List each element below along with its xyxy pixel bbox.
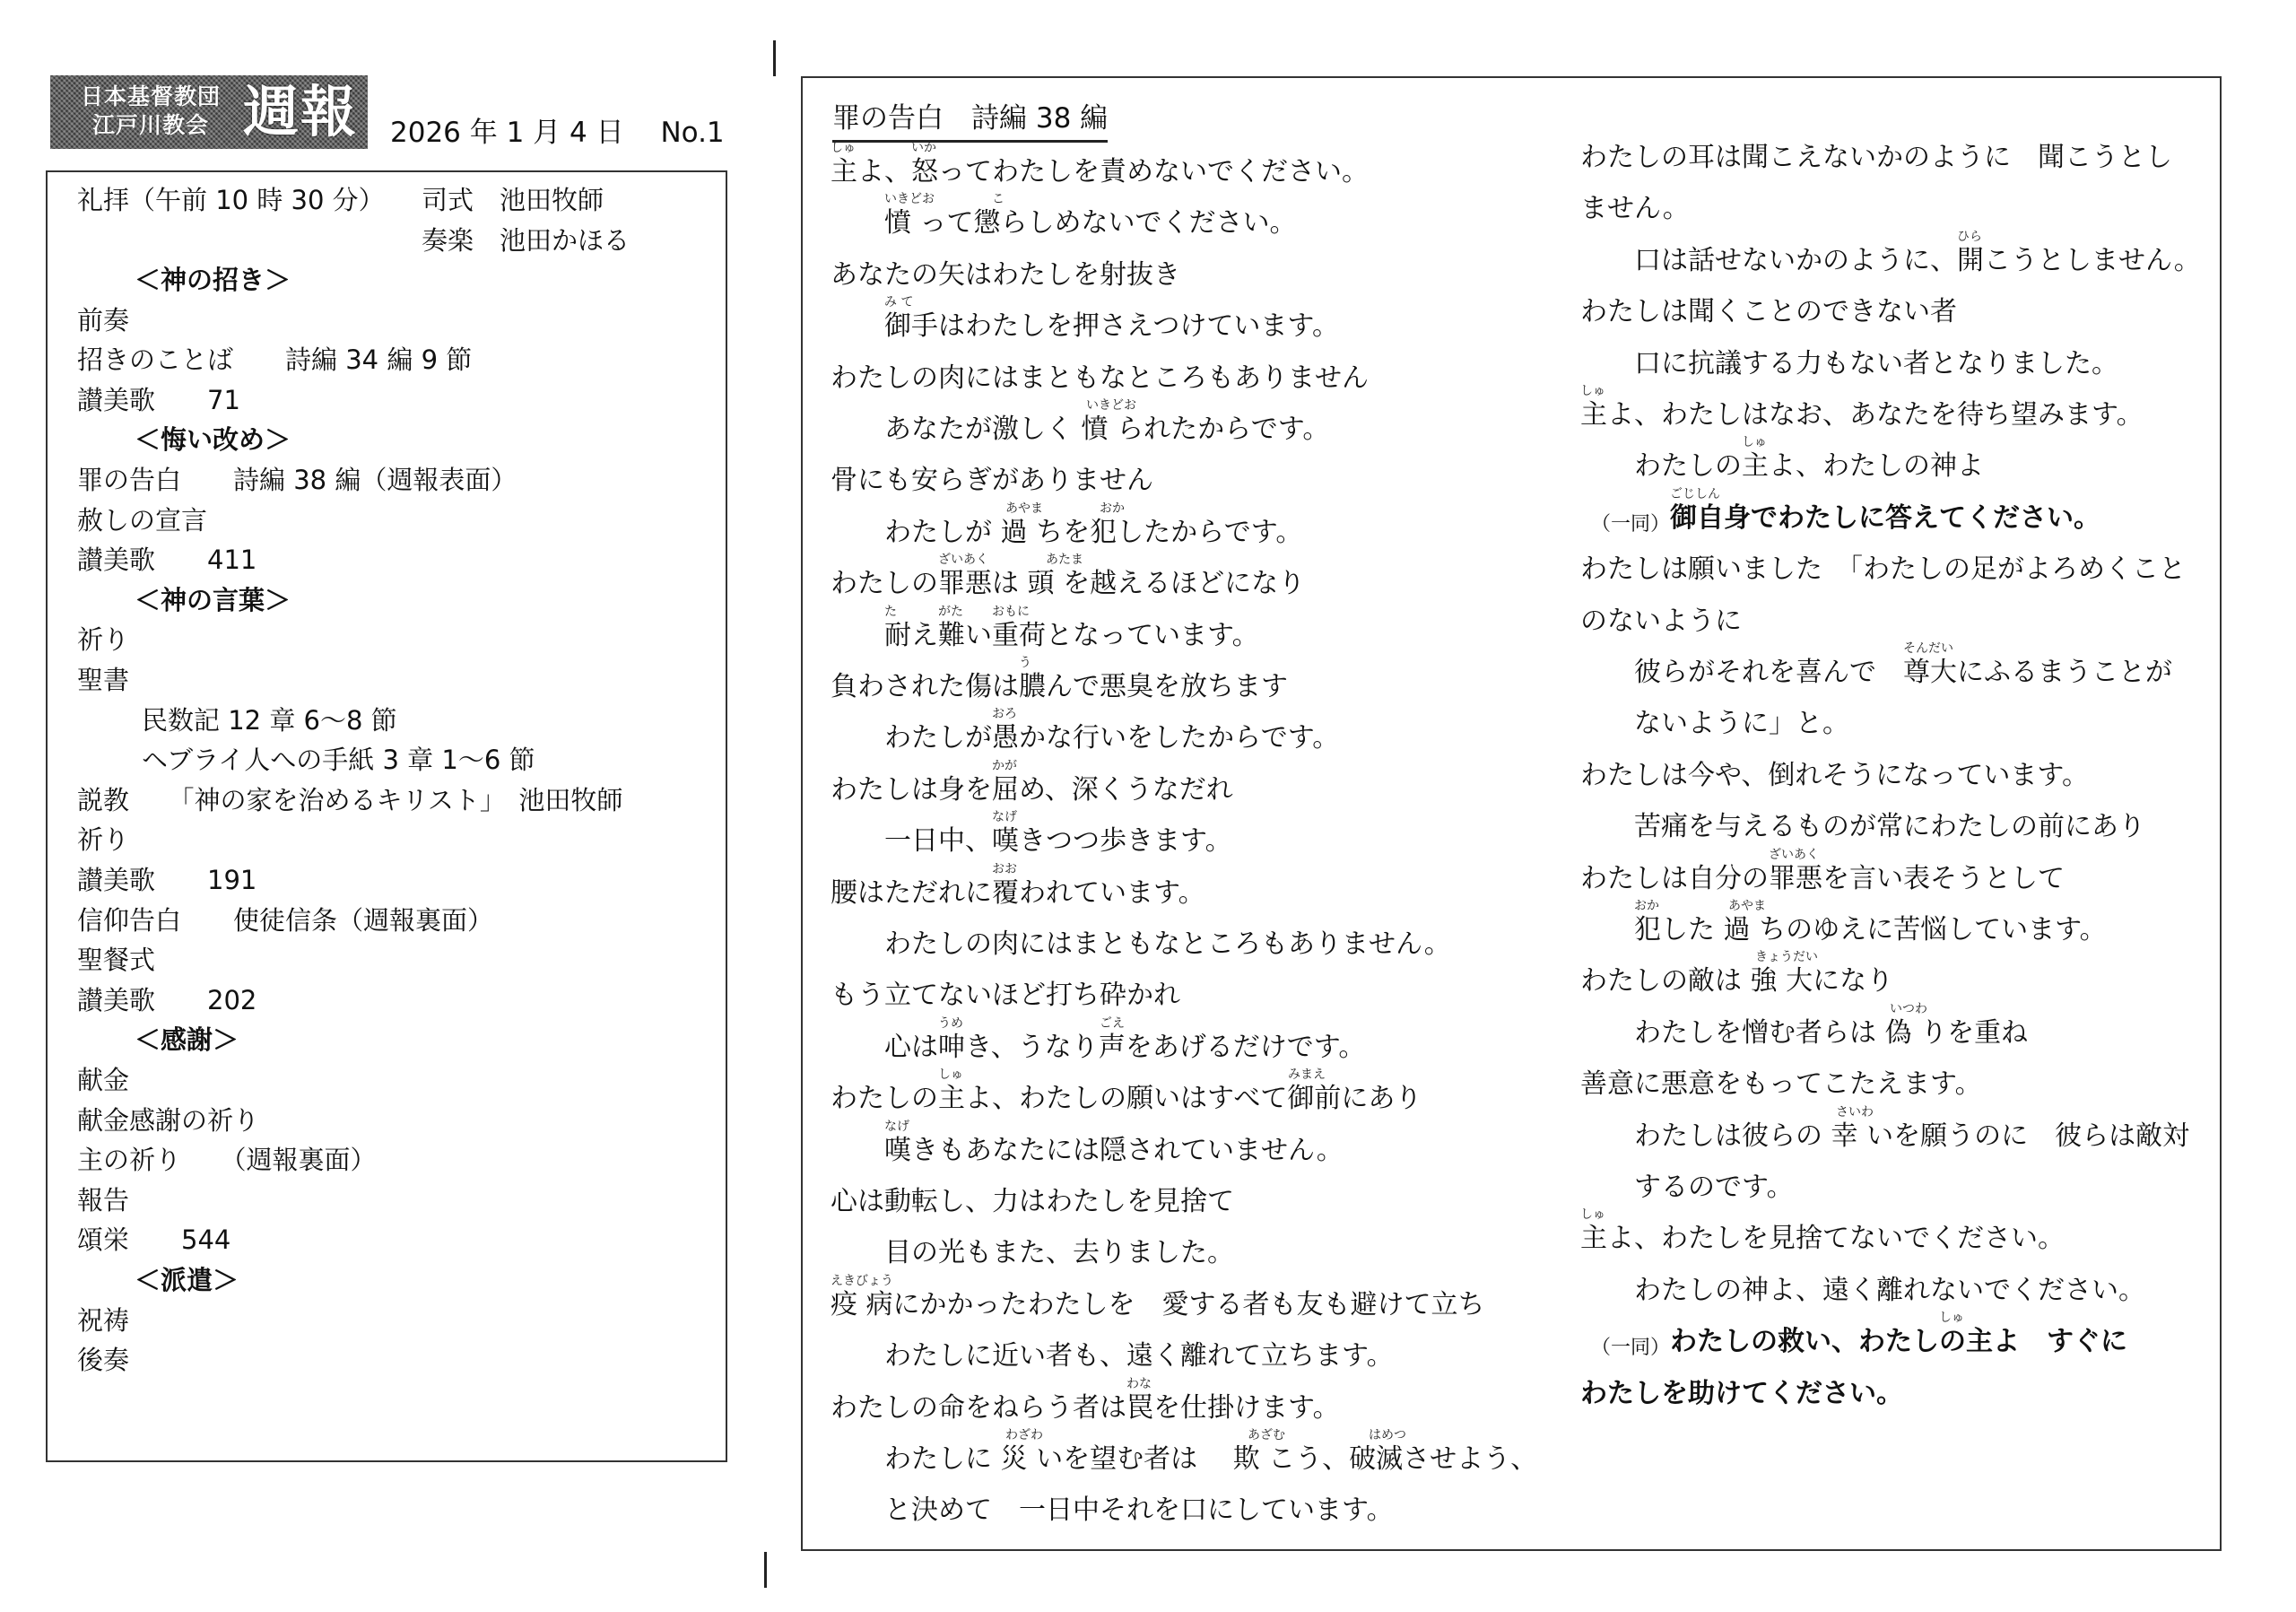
section-heading: ＜神の言葉＞ [135,582,291,618]
order-item-value: 使徒信条（週報裏面） [181,905,493,936]
furigana: み て [884,296,913,309]
congregation-prefix: （一同） [1591,1337,1670,1359]
psalm-verse-line: 犯した 過 ちのゆえに苦悩しています。 [1634,912,2107,948]
psalm-verse-line: わたしを憎む者らは 偽 りを重ね [1634,1015,2028,1051]
psalm-verse-line: 彼らがそれを喜んで 尊大にふるまうことが [1634,655,2172,691]
psalm-verse-line: のないように [1580,604,1742,640]
order-item-label: ＜神の招き＞ [135,265,291,295]
furigana: しゅ [831,142,856,154]
order-item: 民数記 12 章 6～8 節 [142,702,397,738]
psalm-verse-line: 憤 って懲らしめないでください。 [884,205,1297,241]
furigana: ごじしん [1670,488,1720,501]
worship-label: 礼拝（午前 10 時 30 分） [77,185,385,215]
furigana: おもに [992,606,1030,618]
psalm-verse-line: 嘆きもあなたには隠されていません。 [884,1133,1344,1169]
order-item: 讃美歌 411 [77,542,257,578]
furigana: さいわ [1836,1106,1874,1119]
psalm-verse-line: 疫 病にかかったわたしを 愛する者も友も避けて立ち [831,1287,1485,1323]
order-item-value: 「神の家を治めるキリスト」 池田牧師 [129,785,622,815]
furigana: ざいあく [938,553,988,566]
psalm-verse-line: 耐え難い重荷となっています。 [884,618,1259,654]
furigana: いきどお [884,193,935,205]
psalm-verse-line: ないように」と。 [1634,706,1849,742]
logo-title: 週報 [243,77,358,147]
psalm-verse-line: わたしに近い者も、遠く離れて立ちます。 [884,1338,1394,1374]
psalm-verse-line: わたしの敵は 強 大になり [1580,963,1893,999]
order-item-value: 202 [155,985,257,1015]
issue-date-line: 2026 年 1 月 4 日 No.1 [390,115,725,151]
furigana: いつわ [1890,1003,1927,1015]
issue-number: No.1 [660,117,724,149]
furigana: わな [1126,1378,1152,1390]
section-heading: ＜悔い改め＞ [135,422,291,457]
order-item-label: 民数記 12 章 6～8 節 [142,705,397,736]
order-item-label: 後奏 [77,1345,129,1375]
psalm-verse-line: 主よ、わたしはなお、あなたを待ち望みます。 [1580,397,2144,433]
furigana: おろ [992,708,1017,720]
order-item-value: 詩編 34 編 9 節 [233,344,472,375]
psalm-verse-line: もう立てないほど打ち砕かれ [831,978,1180,1014]
order-item: ヘブライ人への手紙 3 章 1～6 節 [142,742,535,778]
furigana: がた [938,606,963,618]
order-item: 赦しの宣言 [77,502,207,538]
psalm-verse-line: するのです。 [1634,1170,1794,1206]
order-item-label: 献金 [77,1065,129,1095]
musician-label: 奏楽 [422,225,474,256]
order-item: 讃美歌 71 [77,382,240,418]
order-item-value: 191 [155,865,257,895]
order-item-label: 讃美歌 [77,385,155,415]
psalm-verse-line: 口に抗議する力もない者となりました。 [1634,346,2118,382]
order-item-value: 詩編 38 編（週報表面） [181,465,517,495]
psalm-verse-line: わたしの命をねらう者は罠を仕掛けます。 [831,1390,1340,1426]
psalm-verse-line: 御手はわたしを押さえつけています。 [884,309,1339,344]
fold-mark-bottom [764,1552,767,1588]
psalm-verse-line: 善意に悪意をもってこたえます。 [1580,1067,1982,1102]
furigana: みまえ [1288,1068,1326,1081]
furigana: ごえ [1100,1017,1125,1030]
order-item: 讃美歌 191 [77,862,257,898]
furigana: しゅ [1580,385,1605,397]
furigana: しゅ [1742,436,1767,449]
furigana: うめ [938,1017,963,1030]
musician-row: 奏楽 池田かほる [422,222,630,258]
logo-org-line2: 江戸川教会 [61,111,240,140]
order-item: 献金感謝の祈り [77,1102,259,1138]
psalm-verse-line: わたしは彼らの 幸 いを願うのに 彼らは敵対 [1634,1119,2189,1155]
furigana: はめつ [1369,1429,1406,1442]
psalm-verse-line: 主よ、わたしを見捨てないでください。 [1580,1221,2065,1257]
order-item-label: 聖書 [77,665,129,695]
furigana: おか [1100,502,1125,515]
psalm-verse-line: わたしが愚かな行いをしたからです。 [884,720,1339,756]
order-item: 説教 「神の家を治めるキリスト」 池田牧師 [77,782,622,818]
order-item: 讃美歌 202 [77,982,257,1018]
order-item: 祈り [77,622,129,658]
responsive-marker: （一同） [1591,504,1670,543]
order-item: 聖書 [77,662,129,698]
psalm-verse-line: わたしは聞くことのできない者 [1580,294,1957,330]
psalm-verse-line: と決めて 一日中それを口にしています。 [884,1493,1394,1529]
psalm-verse-line: 主よ、怒ってわたしを責めないでください。 [831,154,1369,190]
psalm-verse-line: わたしの肉にはまともなところもありません。 [884,927,1451,963]
furigana: いきどお [1086,399,1136,412]
order-item-label: 前奏 [77,305,129,335]
furigana: しゅ [938,1068,963,1081]
congregation-prefix: （一同） [1591,513,1670,536]
furigana: ざいあく [1769,849,1819,861]
furigana: あざむ [1248,1429,1285,1442]
furigana: わざわ [1005,1429,1043,1442]
order-item-label: ＜派遣＞ [135,1265,239,1295]
furigana: おお [992,863,1017,876]
furigana: しゅ [1939,1311,1964,1324]
psalm-title: 罪の告白 詩編 38 編 [832,100,1108,143]
psalm-verse-line: あなたが激しく 憤 られたからです。 [884,412,1329,448]
section-heading: ＜神の招き＞ [135,262,291,298]
order-item: 罪の告白 詩編 38 編（週報表面） [77,462,517,498]
psalm-verse-line: 骨にも安らぎがありません [831,463,1153,499]
musician-name: 池田かほる [500,225,630,256]
psalm-verse-line: 腰はただれに覆われています。 [831,876,1205,911]
order-item: 献金 [77,1062,129,1098]
order-item: 後奏 [77,1342,129,1378]
order-item-label: ヘブライ人への手紙 3 章 1～6 節 [142,745,535,775]
order-item-label: 讃美歌 [77,865,155,895]
order-item-label: 赦しの宣言 [77,505,207,536]
order-item: 祝祷 [77,1303,129,1338]
psalm-verse-line: 心は呻き、うなり声をあげるだけです。 [884,1030,1365,1066]
furigana: こ [992,193,1004,205]
order-item: 招きのことば 詩編 34 編 9 節 [77,342,472,378]
psalm-verse-line: 心は動転し、力はわたしを見捨て [831,1184,1234,1220]
furigana: しゅ [1580,1208,1605,1221]
order-item-label: 祝祷 [77,1305,129,1336]
order-item: 信仰告白 使徒信条（週報裏面） [77,902,493,938]
psalm-verse-line: わたしを助けてください。 [1580,1376,1903,1412]
fold-mark-top [773,40,776,76]
psalm-verse-line: 口は話せないかのように、開こうとしません。 [1634,243,2201,279]
order-item-label: 報告 [77,1185,129,1216]
psalm-verse-line: わたしの耳は聞こえないかのように 聞こうとし [1580,140,2172,176]
order-item-label: 祈り [77,824,129,855]
order-item: 主の祈り （週報裏面） [77,1142,377,1178]
order-item-label: 祈り [77,624,129,655]
furigana: あたま [1046,553,1083,566]
psalm-verse-line: 負わされた傷は膿んで悪臭を放ちます [831,669,1288,705]
church-logo: 日本基督教団 江戸川教会 週報 [50,75,368,149]
officiant-label: 司式 [422,185,474,215]
order-item: 頌栄 544 [77,1222,230,1258]
responsive-marker: （一同） [1591,1328,1670,1366]
psalm-verse-line: わたしが 過 ちを犯したからです。 [884,515,1302,551]
psalm-verse-line: わたしは今や、倒れそうになっています。 [1580,758,2089,794]
furigana: そんだい [1903,642,1953,655]
order-item-value: 71 [155,385,240,415]
order-item-value: 411 [155,545,257,575]
psalm-verse-line: 一日中、嘆きつつ歩きます。 [884,823,1232,859]
furigana: あやま [1728,900,1766,912]
order-item-label: 招きのことば [77,344,233,375]
psalm-verse-line: 御自身でわたしに答えてください。 [1670,501,2100,536]
furigana: なげ [884,1120,909,1133]
order-item-value: （週報裏面） [181,1145,377,1175]
order-item-label: 主の祈り [77,1145,181,1175]
psalm-verse-line: わたしの罪悪は 頭 を越えるほどになり [831,566,1305,602]
order-item: 祈り [77,822,129,858]
furigana: えきびょう [831,1275,893,1287]
order-item-label: ＜悔い改め＞ [135,424,291,455]
order-item-label: ＜神の言葉＞ [135,585,291,615]
furigana: かが [992,760,1017,772]
furigana: きょうだい [1755,951,1818,963]
furigana: おか [1634,900,1659,912]
psalm-verse-line: わたしは身を屈め、深くうなだれ [831,772,1233,808]
order-item-label: 献金感謝の祈り [77,1105,259,1136]
psalm-verse-line: わたしの主よ、わたしの願いはすべて御前にあり [831,1081,1422,1117]
psalm-verse-line: 苦痛を与えるものが常にわたしの前にあり [1634,809,2145,845]
order-item-label: ＜感謝＞ [135,1024,239,1055]
issue-date: 2026 年 1 月 4 日 [390,117,624,149]
order-item-label: 信仰告白 [77,905,181,936]
logo-org-text: 日本基督教団 江戸川教会 [61,83,240,140]
order-item-label: 説教 [77,785,129,815]
officiant-row: 司式 池田牧師 [422,182,604,218]
logo-org-line1: 日本基督教団 [61,83,240,111]
furigana: あやま [1005,502,1043,515]
furigana: う [1019,657,1031,669]
order-item-label: 讃美歌 [77,545,155,575]
psalm-verse-line: あなたの矢はわたしを射抜き [831,257,1180,293]
order-item-label: 罪の告白 [77,465,181,495]
furigana: た [884,606,897,618]
psalm-verse-line: わたしの救い、わたしの主よ すぐに [1670,1324,2127,1360]
order-item-label: 讃美歌 [77,985,155,1015]
section-heading: ＜派遣＞ [135,1262,239,1298]
psalm-verse-line: わたしに 災 いを望む者は 欺 こう、破滅させよう、 [884,1442,1537,1477]
order-item: 報告 [77,1182,129,1218]
section-heading: ＜感謝＞ [135,1022,239,1058]
worship-time: 礼拝（午前 10 時 30 分） [77,182,385,218]
psalm-verse-line: わたしの神よ、遠く離れないでください。 [1634,1273,2145,1309]
order-item-label: 頌栄 [77,1224,129,1255]
psalm-verse-line: わたしは願いました 「わたしの足がよろめくこと [1580,552,2186,588]
furigana: なげ [992,811,1017,823]
psalm-verse-line: 目の光もまた、去りました。 [884,1235,1234,1271]
furigana: いか [911,142,936,154]
psalm-verse-line: わたしの肉にはまともなところもありません [831,361,1369,396]
furigana: ひら [1957,231,1982,243]
psalm-verse-line: わたしは自分の罪悪を言い表そうとして [1580,861,2065,897]
order-item-value: 544 [129,1224,230,1255]
psalm-verse-line: ません。 [1580,191,1690,227]
psalm-verse-line: わたしの主よ、わたしの神よ [1634,449,1984,484]
order-item-label: 聖餐式 [77,945,155,975]
order-item: 前奏 [77,302,129,338]
order-item: 聖餐式 [77,942,155,978]
officiant-name: 池田牧師 [500,185,604,215]
